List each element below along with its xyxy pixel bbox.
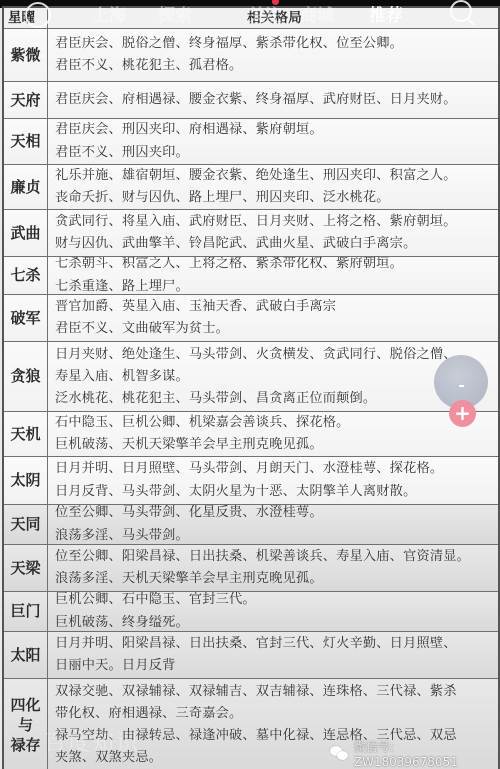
pattern-line: 君臣庆会、脱俗之僧、终身福厚、紫杀带化权、位至公卿。 [55,33,494,56]
star-name: 七杀 [4,257,48,294]
minus-icon [459,385,464,387]
pattern-line: 七杀朝斗、积富之人、上将之格、紫杀带化权、紫府朝垣。 [55,257,494,276]
pattern-line: 君臣不义、桃花犯主、孤君格。 [55,55,494,78]
top-nav: 上海探索关注商城推荐 [0,0,500,26]
table-row: 贪狼日月夹财、绝处逢生、马头带剑、火贪横发、贪武同行、脱俗之僧、寿星入庙、机智多… [4,342,498,412]
patterns-cell: 礼乐并施、雄宿朝垣、腰金衣紫、绝处逢生、刑囚夹印、积富之人。丧命夭折、财与囚仇、… [48,165,498,209]
star-name: 紫微 [4,29,48,81]
patterns-cell: 君臣庆会、府相遇禄、腰金衣紫、终身福厚、武府财臣、日月夹财。 [48,82,498,118]
pattern-line: 巨机公卿、石中隐玉、官封三代。 [55,592,494,612]
patterns-cell: 七杀朝斗、积富之人、上将之格、紫杀带化权、紫府朝垣。七杀重逢、路上埋尸。 [48,257,498,294]
pattern-line: 石中隐玉、巨机公卿、机梁嘉会善谈兵、探花格。 [55,412,494,434]
watermark-text: 微信号: ZW18039678051 [354,738,500,769]
star-name-line: 禄存 [10,735,40,755]
table-row: 廉贞礼乐并施、雄宿朝垣、腰金衣紫、绝处逢生、刑囚夹印、积富之人。丧命夭折、财与囚… [4,165,498,210]
table-row: 太阳日月并明、阳梁昌禄、日出扶桑、官封三代、灯火辛勤、日月照壁、日丽中天。日月反… [4,632,498,679]
star-name: 武曲 [4,210,48,256]
pattern-line: 日月并明、日月照壁、马头带剑、月朗天门、水澄桂萼、探花格。 [55,458,494,481]
pattern-line: 位至公卿、马头带剑、化星反贵、水澄桂萼。 [55,505,494,525]
pattern-line: 浪荡多淫、马头带剑。 [55,525,494,545]
pattern-line: 君臣不义、文曲破军为贫士。 [55,318,494,341]
patterns-table: 星曜 相关格局 紫微君臣庆会、脱俗之僧、终身福厚、紫杀带化权、位至公卿。君臣不义… [2,6,500,769]
star-name: 廉贞 [4,165,48,209]
pattern-line: 巨机破荡、天机天梁擎羊会早主刑克晚见孤。 [55,434,494,456]
star-name: 天同 [4,505,48,544]
table-row: 天府君臣庆会、府相遇禄、腰金衣紫、终身福厚、武府财臣、日月夹财。 [4,82,498,119]
star-name: 天府 [4,82,48,118]
table-row: 天机石中隐玉、巨机公卿、机梁嘉会善谈兵、探花格。巨机破荡、天机天梁擎羊会早主刑克… [4,412,498,457]
search-icon[interactable] [450,0,472,22]
pattern-line: 君臣庆会、刑囚夹印、府相遇禄、紫府朝垣。 [55,119,494,142]
wechat-watermark: 微信号: ZW18039678051 [330,738,500,769]
table-row: 天梁位至公卿、阳梁昌禄、日出扶桑、机梁善谈兵、寿星入庙、官资清显。浪荡多淫、天机… [4,545,498,592]
patterns-cell: 日月并明、日月照壁、马头带剑、月朗天门、水澄桂萼、探花格。日月反背、马头带剑、太… [48,457,498,504]
table-row: 太阴日月并明、日月照壁、马头带剑、月朗天门、水澄桂萼、探花格。日月反背、马头带剑… [4,457,498,505]
star-name-line: 与 [18,715,33,735]
patterns-cell: 贪武同行、将星入庙、武府财臣、日月夹财、上将之格、紫府朝垣。财与囚仇、武曲擎羊、… [48,210,498,256]
pattern-line: 带化权、府相遇禄、三奇嘉会。 [55,703,494,725]
patterns-cell: 巨机公卿、石中隐玉、官封三代。巨机破荡、终身缢死。 [48,592,498,631]
star-name: 巨门 [4,592,48,631]
pattern-line: 巨机破荡、终身缢死。 [55,612,494,632]
star-name-line: 四化 [10,695,40,715]
star-name: 四化与禄存 [4,679,48,769]
star-name: 破军 [4,295,48,341]
nav-tab-3[interactable]: 商城 [300,1,334,26]
star-name: 太阴 [4,457,48,504]
table-row: 七杀七杀朝斗、积富之人、上将之格、紫杀带化权、紫府朝垣。七杀重逢、路上埋尸。 [4,257,498,295]
patterns-cell: 位至公卿、阳梁昌禄、日出扶桑、机梁善谈兵、寿星入庙、官资清显。浪荡多淫、天机天梁… [48,545,498,591]
pattern-line: 日月夹财、绝处逢生、马头带剑、火贪横发、贪武同行、脱俗之僧、 [55,344,494,366]
patterns-cell: 位至公卿、马头带剑、化星反贵、水澄桂萼。浪荡多淫、马头带剑。 [48,505,498,544]
pattern-line: 礼乐并施、雄宿朝垣、腰金衣紫、绝处逢生、刑囚夹印、积富之人。 [55,165,494,187]
patterns-cell: 晋官加爵、英星入庙、玉袖天香、武破白手离宗君臣不义、文曲破军为贫士。 [48,295,498,341]
nav-tab-2[interactable]: 关注 [248,1,282,26]
star-name: 贪狼 [4,342,48,411]
pattern-line: 日丽中天。日月反背 [55,655,494,678]
star-name: 天相 [4,119,48,164]
table-row: 武曲贪武同行、将星入庙、武府财臣、日月夹财、上将之格、紫府朝垣。财与囚仇、武曲擎… [4,210,498,257]
wechat-icon [330,746,350,762]
pattern-line: 贪武同行、将星入庙、武府财臣、日月夹财、上将之格、紫府朝垣。 [55,211,494,234]
table-row: 天同位至公卿、马头带剑、化星反贵、水澄桂萼。浪荡多淫、马头带剑。 [4,505,498,545]
faint-watermark: 百度知识 [44,726,140,757]
pattern-line: 日月反背、马头带剑、太阴火星为十恶、太阴擎羊人离财散。 [55,481,494,504]
nav-tab-4[interactable]: 推荐 [369,1,403,26]
pattern-line: 财与囚仇、武曲擎羊、铃昌陀武、武曲火星、武破白手离宗。 [55,233,494,256]
pattern-line: 浪荡多淫、天机天梁擎羊会早主刑克晚见孤。 [55,568,494,591]
star-name: 太阳 [4,632,48,678]
patterns-cell: 君臣庆会、刑囚夹印、府相遇禄、紫府朝垣。君臣不义、刑囚夹印。 [48,119,498,164]
pattern-line: 君臣庆会、府相遇禄、腰金衣紫、终身福厚、武府财臣、日月夹财。 [55,89,494,112]
pattern-line: 双禄交驰、双禄辅禄、双禄辅吉、双吉辅禄、连珠格、三代禄、紫杀 [55,681,494,703]
table-row: 破军晋官加爵、英星入庙、玉袖天香、武破白手离宗君臣不义、文曲破军为贫士。 [4,295,498,342]
table-row: 天相君臣庆会、刑囚夹印、府相遇禄、紫府朝垣。君臣不义、刑囚夹印。 [4,119,498,165]
nav-tab-1[interactable]: 探索 [158,1,192,26]
star-name: 天梁 [4,545,48,591]
pattern-line: 君臣不义、刑囚夹印。 [55,142,494,165]
star-name: 天机 [4,412,48,456]
pattern-line: 寿星入庙、机智多谋。 [55,366,494,388]
pattern-line: 七杀重逢、路上埋尸。 [55,276,494,295]
nav-tab-0[interactable]: 上海 [92,1,126,26]
table-row: 紫微君臣庆会、脱俗之僧、终身福厚、紫杀带化权、位至公卿。君臣不义、桃花犯主、孤君… [4,29,498,82]
pattern-line: 丧命夭折、财与囚仇、路上埋尸、刑囚夹印、泛水桃花。 [55,187,494,209]
pattern-line: 泛水桃花、桃花犯主、马头带剑、昌贪离正位而颠倒。 [55,388,494,410]
patterns-cell: 日月夹财、绝处逢生、马头带剑、火贪横发、贪武同行、脱俗之僧、寿星入庙、机智多谋。… [48,342,498,411]
patterns-cell: 君臣庆会、脱俗之僧、终身福厚、紫杀带化权、位至公卿。君臣不义、桃花犯主、孤君格。 [48,29,498,81]
circle-back-icon[interactable] [25,2,51,28]
plus-button[interactable]: + [449,400,476,427]
pattern-line: 晋官加爵、英星入庙、玉袖天香、武破白手离宗 [55,296,494,319]
pattern-line: 日月并明、阳梁昌禄、日出扶桑、官封三代、灯火辛勤、日月照壁、 [55,633,494,656]
patterns-cell: 日月并明、阳梁昌禄、日出扶桑、官封三代、灯火辛勤、日月照壁、日丽中天。日月反背 [48,632,498,678]
table-row: 巨门巨机公卿、石中隐玉、官封三代。巨机破荡、终身缢死。 [4,592,498,632]
pattern-line: 位至公卿、阳梁昌禄、日出扶桑、机梁善谈兵、寿星入庙、官资清显。 [55,546,494,569]
patterns-cell: 石中隐玉、巨机公卿、机梁嘉会善谈兵、探花格。巨机破荡、天机天梁擎羊会早主刑克晚见… [48,412,498,456]
